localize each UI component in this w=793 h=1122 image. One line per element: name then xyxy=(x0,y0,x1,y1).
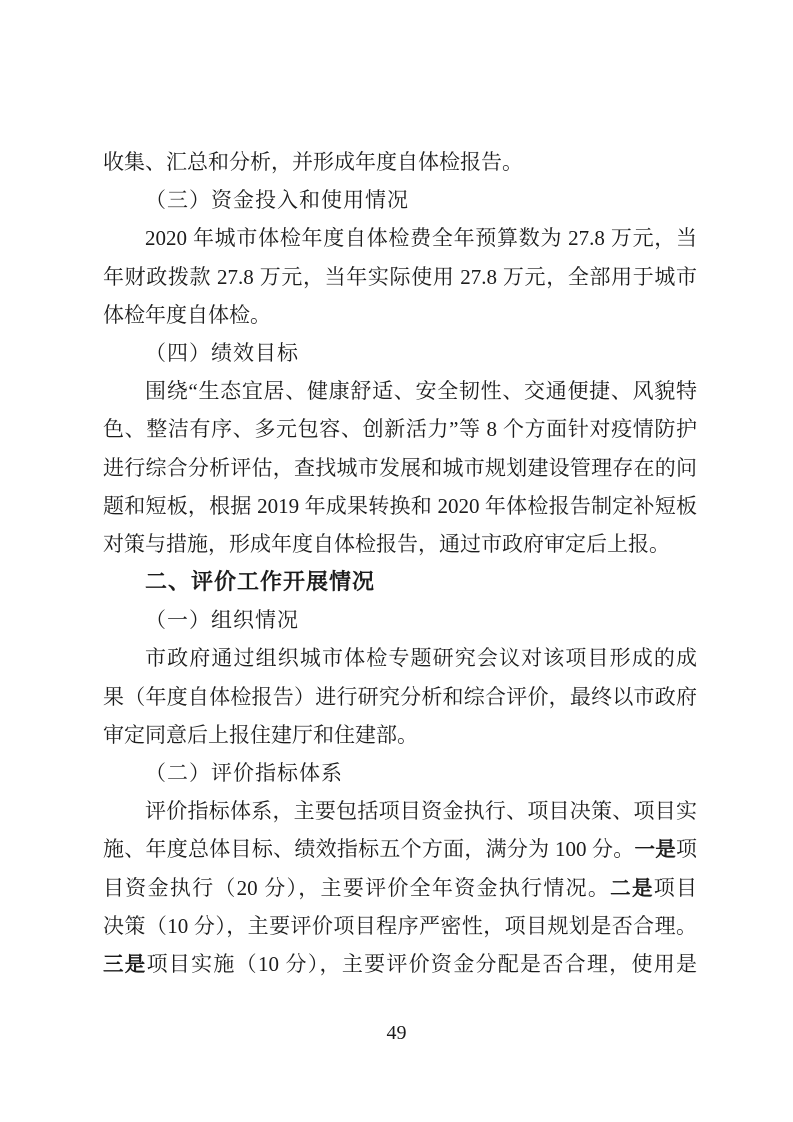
paragraph-performance-line: 对策与措施，形成年度自体检报告，通过市政府审定后上报。 xyxy=(103,525,697,563)
paragraph-index-line: 决策（10 分），主要评价项目程序严密性，项目规划是否合理。 xyxy=(103,907,697,945)
paragraph-index-line: 三是项目实施（10 分），主要评价资金分配是否合理，使用是 xyxy=(103,945,697,983)
paragraph-organization-line: 审定同意后上报住建厅和住建部。 xyxy=(103,716,697,754)
index-text: 项目实施（10 分），主要评价资金分配是否合理，使用是 xyxy=(147,952,697,976)
paragraph-organization-line: 果（年度自体检报告）进行研究分析和综合评价，最终以市政府 xyxy=(103,678,697,716)
index-bold-third: 三是 xyxy=(103,953,147,976)
subsection-heading-index-system: （二）评价指标体系 xyxy=(103,754,697,792)
subsection-heading-organization: （一）组织情况 xyxy=(103,601,697,639)
paragraph-performance-line: 围绕“生态宜居、健康舒适、安全韧性、交通便捷、风貌特 xyxy=(103,372,697,410)
subsection-heading-funds: （三）资金投入和使用情况 xyxy=(103,181,697,219)
index-text: 项目 xyxy=(654,876,697,900)
document-body: 收集、汇总和分析，并形成年度自体检报告。 （三）资金投入和使用情况 2020 年… xyxy=(103,143,697,983)
index-text: 施、年度总体目标、绩效指标五个方面，满分为 100 分。 xyxy=(103,837,634,861)
paragraph-index-line: 施、年度总体目标、绩效指标五个方面，满分为 100 分。一是项 xyxy=(103,830,697,868)
paragraph-performance-line: 色、整洁有序、多元包容、创新活力”等 8 个方面针对疫情防护 xyxy=(103,410,697,448)
index-bold-second: 二是 xyxy=(610,877,654,900)
paragraph-performance-line: 题和短板，根据 2019 年成果转换和 2020 年体检报告制定补短板 xyxy=(103,487,697,525)
paragraph-index-line: 评价指标体系，主要包括项目资金执行、项目决策、项目实 xyxy=(103,792,697,830)
page-number: 49 xyxy=(0,1019,793,1047)
paragraph-index-line: 目资金执行（20 分），主要评价全年资金执行情况。二是项目 xyxy=(103,869,697,907)
paragraph-funds-line: 体检年度自体检。 xyxy=(103,296,697,334)
index-text: 目资金执行（20 分），主要评价全年资金执行情况。 xyxy=(103,876,610,900)
document-page: 收集、汇总和分析，并形成年度自体检报告。 （三）资金投入和使用情况 2020 年… xyxy=(0,0,793,1122)
paragraph-continuation-line: 收集、汇总和分析，并形成年度自体检报告。 xyxy=(103,143,697,181)
paragraph-organization-line: 市政府通过组织城市体检专题研究会议对该项目形成的成 xyxy=(103,639,697,677)
paragraph-performance-line: 进行综合分析评估，查找城市发展和城市规划建设管理存在的问 xyxy=(103,449,697,487)
index-bold-first: 一是 xyxy=(634,838,676,861)
paragraph-funds-line: 年财政拨款 27.8 万元，当年实际使用 27.8 万元，全部用于城市 xyxy=(103,258,697,296)
subsection-heading-performance-goals: （四）绩效目标 xyxy=(103,334,697,372)
section-heading-evaluation-work: 二、评价工作开展情况 xyxy=(103,563,697,601)
paragraph-funds-line: 2020 年城市体检年度自体检费全年预算数为 27.8 万元，当 xyxy=(103,219,697,257)
index-text: 项 xyxy=(676,837,697,861)
